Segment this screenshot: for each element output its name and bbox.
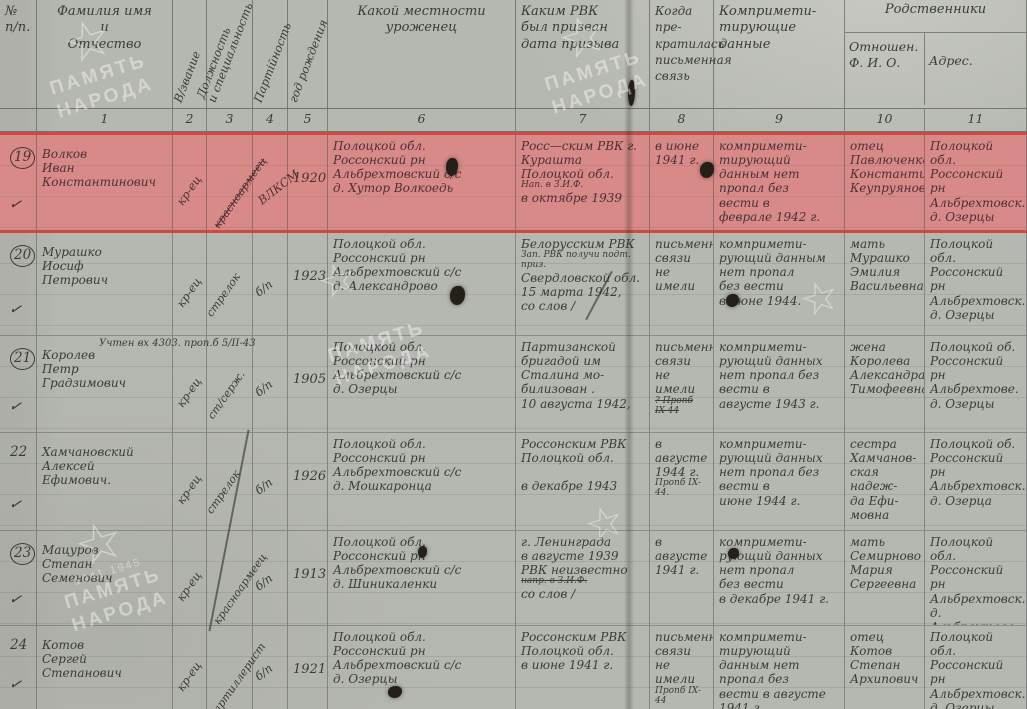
- party-cell: б/п: [253, 233, 288, 335]
- contact-lost-cell: в июне 1941 г.: [650, 135, 714, 230]
- full-name: Котов Сергей Степанович: [42, 630, 167, 680]
- party-text: б/п: [253, 475, 276, 497]
- contact-lost-text: в августе 1941 г.: [655, 535, 708, 577]
- position-cell: стрелок: [207, 233, 253, 335]
- rank-text: кр-ец: [174, 473, 204, 508]
- contact-lost-cell: письменной связи не имели ? Пропб IX-44: [650, 336, 714, 432]
- position-cell: ст/серж.: [207, 336, 253, 432]
- name-cell: Мурашко Иосиф Петрович: [37, 233, 173, 335]
- relative-text: мать Семирново Мария Сергеевна: [850, 535, 919, 592]
- compromising-cell: компримети- рующий данных нет пропал без…: [714, 336, 845, 432]
- address-cell: Полоцкой об. Россонский рн Альбрехтове. …: [925, 336, 1027, 432]
- compromising-text: компримети- тирующий данным нет пропал б…: [719, 630, 839, 709]
- compromising-text: компримети- тирующий данным нет пропал б…: [719, 139, 839, 224]
- header-birthplace: Какой местности уроженец: [328, 0, 516, 108]
- birthplace-cell: Полоцкой обл. Россонский рн Альбрехтовск…: [328, 433, 516, 530]
- relative-cell: мать Семирново Мария Сергеевна: [845, 531, 925, 625]
- party-text: б/п: [253, 278, 276, 300]
- full-name: Волков Иван Константинович: [42, 139, 167, 189]
- row-number: 24: [10, 638, 27, 654]
- compromising-cell: компримети- рующий данным нет пропал без…: [714, 233, 845, 335]
- table-row: 20 ✓ Мурашко Иосиф Петрович кр-ец стрело…: [0, 233, 1027, 336]
- contact-lost-text: письменной связи не имели: [655, 630, 708, 687]
- birthplace-text: Полоцкой обл. Россонский рн Альбрехтовск…: [333, 437, 510, 494]
- address-text: Полоцкой обл. Россонский рн Альбрехтовск…: [930, 139, 1021, 224]
- relative-cell: отец Котов Степан Архипович: [845, 626, 925, 709]
- col-number: 2: [173, 109, 207, 131]
- rank-cell: кр-ец: [173, 233, 207, 335]
- address-cell: Полоцкой обл. Россонский рн Альбрехтовск…: [925, 135, 1027, 230]
- full-name: Хамчановский Алексей Ефимович.: [42, 437, 167, 487]
- birthplace-text: Полоцкой обл. Россонский рн Альбрехтовск…: [333, 535, 510, 592]
- relative-cell: жена Королева Александра Тимофеевна: [845, 336, 925, 432]
- compromising-text: компримети- рующий данных нет пропал без…: [719, 437, 839, 508]
- position-cell: артиллерист: [207, 626, 253, 709]
- birthplace-text: Полоцкой обл. Россонский рн Альбрехтовск…: [333, 139, 510, 196]
- rank-text: кр-ец: [174, 275, 204, 310]
- compromising-cell: компримети- тирующий данным нет пропал б…: [714, 135, 845, 230]
- table-row: 19 ✓ Волков Иван Константинович кр-ец кр…: [0, 132, 1027, 233]
- compromising-text: компримети- рующий данных нет пропал без…: [719, 535, 839, 606]
- address-cell: Полоцкой обл. Россонский рн Альбрехтовск…: [925, 626, 1027, 709]
- header-relation-fio: Отношен. Ф. И. О.: [845, 33, 925, 105]
- compromising-text: компримети- рующий данных нет пропал без…: [719, 340, 839, 411]
- checkmark: ✓: [8, 195, 23, 215]
- birth-year: 1923: [293, 269, 322, 284]
- contact-lost-text: письменной связи не имели: [655, 340, 708, 397]
- relative-text: отец Котов Степан Архипович: [850, 630, 919, 687]
- compromising-cell: компримети- рующий данных нет пропал без…: [714, 531, 845, 625]
- address-cell: Полоцкой обл. Россонский рн Альбрехтовск…: [925, 531, 1027, 625]
- rank-cell: кр-ец: [173, 135, 207, 230]
- col-number: 1: [37, 109, 173, 131]
- rank-cell: кр-ец: [173, 531, 207, 625]
- rank-text: кр-ец: [174, 659, 204, 694]
- address-cell: Полоцкой обл. Россонский рн Альбрехтовск…: [925, 233, 1027, 335]
- birth-year: 1926: [293, 469, 322, 484]
- table-row: 22 ✓ Хамчановский Алексей Ефимович. кр-е…: [0, 433, 1027, 531]
- row-number: 22: [10, 445, 27, 461]
- col-number: 11: [925, 109, 1027, 131]
- header-name: Фамилия имя и Отчество: [37, 0, 173, 108]
- relative-cell: сестра Хамчанов- ская надеж- да Ефи- мов…: [845, 433, 925, 530]
- contact-lost-cell: в августе 1941 г.: [650, 531, 714, 625]
- row-number-cell: 20 ✓: [0, 233, 37, 335]
- party-cell: б/п: [253, 433, 288, 530]
- birthplace-cell: Полоцкой обл. Россонский рн Альбрехтовск…: [328, 626, 516, 709]
- row-number: 23: [10, 543, 35, 565]
- birth-year-cell: 1926: [288, 433, 328, 530]
- header-num: № п/п.: [0, 0, 37, 108]
- col-number-empty: [0, 109, 37, 131]
- header-contact-lost: Когда пре- кратилась письменная связь: [650, 0, 714, 108]
- party-text: б/п: [253, 378, 276, 400]
- contact-note: ? Пропб IX-44: [655, 397, 708, 417]
- col-number: 5: [288, 109, 328, 131]
- birthplace-cell: Полоцкой обл. Россонский рн Альбрехтовск…: [328, 336, 516, 432]
- name-cell: Хамчановский Алексей Ефимович.: [37, 433, 173, 530]
- table-body: 19 ✓ Волков Иван Константинович кр-ец кр…: [0, 132, 1027, 709]
- birth-year-cell: 1905: [288, 336, 328, 432]
- relative-text: отец Павлюченко Константин Кеупруянович: [850, 139, 919, 196]
- header-compromising: Компримети- тирующие данные: [714, 0, 845, 108]
- party-text: б/п: [253, 572, 276, 594]
- col-number: 9: [714, 109, 845, 131]
- paper-fold-crease: [624, 0, 634, 709]
- row-number: 20: [10, 245, 35, 267]
- address-text: Полоцкой об. Россонский рн Альбрехтове. …: [930, 340, 1021, 411]
- name-cell: Волков Иван Константинович: [37, 135, 173, 230]
- birth-year-cell: 1923: [288, 233, 328, 335]
- birthplace-cell: Полоцкой обл. Россонский рн Альбрехтовск…: [328, 233, 516, 335]
- party-text: б/п: [253, 662, 276, 684]
- header-relatives-group: Родственники Отношен. Ф. И. О. Адрес.: [845, 0, 1027, 108]
- table-row: 23 ✓ Мацуров Степан Семенович кр-ец крас…: [0, 531, 1027, 626]
- rank-text: кр-ец: [174, 174, 204, 209]
- header-position: Должность и специальность: [207, 0, 253, 108]
- party-cell: б/п: [253, 531, 288, 625]
- contact-lost-cell: письменной связи не имели: [650, 233, 714, 335]
- col-number: 4: [253, 109, 288, 131]
- name-cell: Котов Сергей Степанович: [37, 626, 173, 709]
- position-cell: красноармеец: [207, 135, 253, 230]
- checkmark: ✓: [8, 397, 23, 417]
- full-name: Мурашко Иосиф Петрович: [42, 237, 167, 287]
- rank-cell: кр-ец: [173, 626, 207, 709]
- contact-note: Пропб IX-44: [655, 687, 708, 707]
- relative-text: сестра Хамчанов- ская надеж- да Ефи- мов…: [850, 437, 919, 522]
- contact-note: Пропб IX-44.: [655, 479, 708, 499]
- birthplace-text: Полоцкой обл. Россонский рн Альбрехтовск…: [333, 237, 510, 294]
- checkmark: ✓: [8, 495, 23, 515]
- row-number-cell: 23 ✓: [0, 531, 37, 625]
- archival-document-sheet: № п/п. Фамилия имя и Отчество В/звание Д…: [0, 0, 1027, 709]
- compromising-cell: компримети- тирующий данным нет пропал б…: [714, 626, 845, 709]
- relative-text: мать Мурашко Эмилия Васильевна: [850, 237, 919, 294]
- rank-text: кр-ец: [174, 569, 204, 604]
- col-number: 3: [207, 109, 253, 131]
- relative-text: жена Королева Александра Тимофеевна: [850, 340, 919, 397]
- birthplace-cell: Полоцкой обл. Россонский рн Альбрехтовск…: [328, 135, 516, 230]
- table-row: 21 ✓ Учтен вх 4303. проп.б 5/II-43 Корол…: [0, 336, 1027, 433]
- contact-lost-text: в августе 1944 г.: [655, 437, 708, 479]
- row-number: 21: [10, 348, 35, 370]
- checkmark: ✓: [8, 590, 23, 610]
- birthplace-text: Полоцкой обл. Россонский рн Альбрехтовск…: [333, 630, 510, 687]
- rank-cell: кр-ец: [173, 433, 207, 530]
- birth-year: 1913: [293, 567, 322, 582]
- row-number: 19: [10, 147, 35, 169]
- birth-year-cell: 1913: [288, 531, 328, 625]
- header-relatives: Родственники: [845, 0, 1026, 33]
- address-text: Полоцкой обл. Россонский рн Альбрехтовск…: [930, 535, 1021, 625]
- table-header: № п/п. Фамилия имя и Отчество В/звание Д…: [0, 0, 1027, 108]
- column-number-strip: 1 2 3 4 5 6 7 8 9 10 11: [0, 108, 1027, 132]
- contact-lost-text: в июне 1941 г.: [655, 139, 708, 167]
- row-number-cell: 22 ✓: [0, 433, 37, 530]
- name-cell: Мацуров Степан Семенович: [37, 531, 173, 625]
- address-text: Полоцкой обл. Россонский рн Альбрехтовск…: [930, 237, 1021, 322]
- header-party: Партійность: [253, 0, 288, 108]
- position-text: стрелок: [204, 271, 243, 320]
- party-cell: ВЛКСМ: [253, 135, 288, 230]
- relative-cell: отец Павлюченко Константин Кеупруянович: [845, 135, 925, 230]
- address-text: Полоцкой обл. Россонский рн Альбрехтовск…: [930, 630, 1021, 709]
- checkmark: ✓: [8, 675, 23, 695]
- birth-year-cell: 1921.: [288, 626, 328, 709]
- relative-cell: мать Мурашко Эмилия Васильевна: [845, 233, 925, 335]
- col-number: 10: [845, 109, 925, 131]
- checkmark: ✓: [8, 300, 23, 320]
- party-cell: б/п: [253, 626, 288, 709]
- compromising-cell: компримети- рующий данных нет пропал без…: [714, 433, 845, 530]
- contact-lost-cell: письменной связи не имели Пропб IX-44: [650, 626, 714, 709]
- rank-text: кр-ец: [174, 375, 204, 410]
- col-number: 8: [650, 109, 714, 131]
- row-number-cell: 19 ✓: [0, 135, 37, 230]
- row-number-cell: 21 ✓: [0, 336, 37, 432]
- party-cell: б/п: [253, 336, 288, 432]
- table-row: 24 ✓ Котов Сергей Степанович кр-ец артил…: [0, 626, 1027, 709]
- full-name: Мацуров Степан Семенович: [42, 535, 167, 585]
- name-cell: Учтен вх 4303. проп.б 5/II-43 Королев Пе…: [37, 336, 173, 432]
- birth-year: 1921.: [293, 662, 322, 677]
- position-text: ст/серж.: [206, 369, 249, 422]
- contact-lost-text: письменной связи не имели: [655, 237, 708, 294]
- header-address: Адрес.: [925, 33, 1026, 105]
- row-number-cell: 24 ✓: [0, 626, 37, 709]
- address-text: Полоцкой об. Россонский рн Альбрехтовск.…: [930, 437, 1021, 508]
- address-cell: Полоцкой об. Россонский рн Альбрехтовск.…: [925, 433, 1027, 530]
- header-birth-year: год рождения: [288, 0, 328, 108]
- contact-lost-cell: в августе 1944 г. Пропб IX-44.: [650, 433, 714, 530]
- rank-cell: кр-ец: [173, 336, 207, 432]
- col-number: 6: [328, 109, 516, 131]
- birth-year: 1905: [293, 372, 322, 387]
